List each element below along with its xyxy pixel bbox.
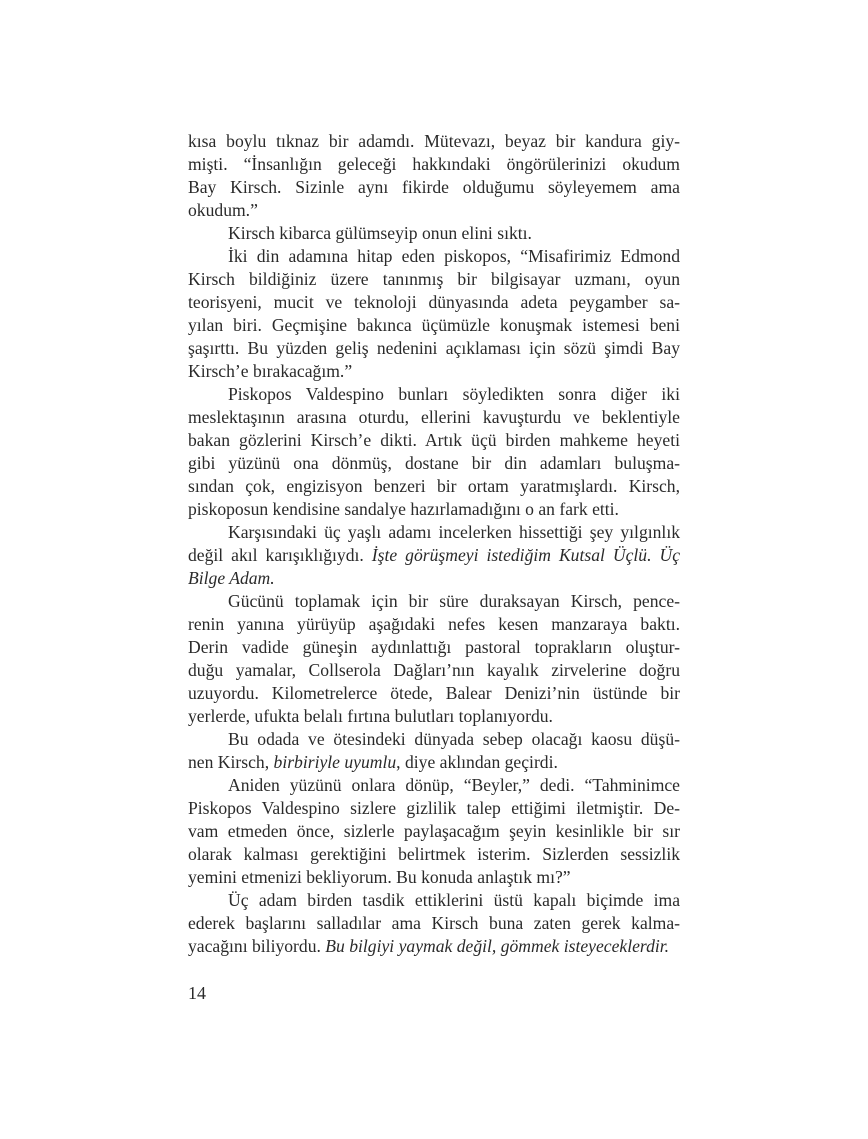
italic-text-run: birbiriyle uyumlu [274,752,397,772]
text-line: İki din adamına hitap eden piskopos, “Mi… [188,245,680,268]
text-line: yemini etmenizi bekliyorum. Bu konuda an… [188,866,680,889]
text-line: ederek başlarını salladılar ama Kirsch b… [188,912,680,935]
italic-text-run: Bilge Adam. [188,568,275,588]
text-run: sından çok, engizisyon benzeri bir ortam… [188,476,680,496]
text-line: teorisyeni, mucit ve teknoloji dünyasınd… [188,291,680,314]
text-line: duğu yamalar, Collserola Dağları’nın kay… [188,659,680,682]
text-line: Üç adam birden tasdik ettiklerini üstü k… [188,889,680,912]
text-line: Kirsch’e bırakacağım.” [188,360,680,383]
text-run: Kirsch’e bırakacağım.” [188,361,352,381]
text-run: mişti. “İnsanlığın geleceği hakkındaki ö… [188,154,680,174]
text-run: Bay Kirsch. Sizinle aynı fikirde olduğum… [188,177,680,197]
text-run: Piskopos Valdespino sizlere gizlilik tal… [188,798,680,818]
text-run: Kirsch kibarca gülümseyip onun elini sık… [228,223,532,243]
text-line: Bilge Adam. [188,567,680,590]
text-run: Piskopos Valdespino bunları söyledikten … [228,384,680,404]
text-run: gibi yüzünü ona dönmüş, dostane bir din … [188,453,680,473]
text-run: kısa boylu tıknaz bir adamdı. Mütevazı, … [188,131,680,151]
text-run: teorisyeni, mucit ve teknoloji dünyasınd… [188,292,680,312]
text-run: Gücünü toplamak için bir süre duraksayan… [228,591,680,611]
text-run: Kirsch bildiğiniz üzere tanınmış bir bil… [188,269,680,289]
text-line: Gücünü toplamak için bir süre duraksayan… [188,590,680,613]
text-run: , diye aklından geçirdi. [396,752,558,772]
text-line: bakan gözlerini Kirsch’e dikti. Artık üç… [188,429,680,452]
page-number: 14 [188,983,206,1004]
text-line: Aniden yüzünü onlara dönüp, “Beyler,” de… [188,774,680,797]
text-line: piskoposun kendisine sandalye hazırlamad… [188,498,680,521]
text-line: yerlerde, ufukta belalı fırtına bulutlar… [188,705,680,728]
text-run: yılan biri. Geçmişine bakınca üçümüzle k… [188,315,680,335]
text-run: şaşırttı. Bu yüzden geliş nedenini açıkl… [188,338,680,358]
text-line: Piskopos Valdespino bunları söyledikten … [188,383,680,406]
text-line: sından çok, engizisyon benzeri bir ortam… [188,475,680,498]
text-line: uzuyordu. Kilometrelerce ötede, Balear D… [188,682,680,705]
text-line: mişti. “İnsanlığın geleceği hakkındaki ö… [188,153,680,176]
text-run: Üç adam birden tasdik ettiklerini üstü k… [228,890,680,910]
text-run: nen Kirsch, [188,752,274,772]
text-run: meslektaşının arasına oturdu, ellerini k… [188,407,680,427]
text-line: Bay Kirsch. Sizinle aynı fikirde olduğum… [188,176,680,199]
text-line: değil akıl karışıklığıydı. İşte görüşmey… [188,544,680,567]
italic-text-run: İşte görüşmeyi istediğim Kutsal Üçlü. Üç [372,545,680,565]
text-run: Bu odada ve ötesindeki dünyada sebep ola… [228,729,680,749]
text-run: piskoposun kendisine sandalye hazırlamad… [188,499,619,519]
text-run: ederek başlarını salladılar ama Kirsch b… [188,913,680,933]
text-run: renin yanına yürüyüp aşağıdaki nefes kes… [188,614,680,634]
text-run: Aniden yüzünü onlara dönüp, “Beyler,” de… [228,775,680,795]
text-line: kısa boylu tıknaz bir adamdı. Mütevazı, … [188,130,680,153]
text-run: Derin vadide güneşin aydınlattığı pastor… [188,637,680,657]
text-line: Karşısındaki üç yaşlı adamı incelerken h… [188,521,680,544]
text-line: Kirsch kibarca gülümseyip onun elini sık… [188,222,680,245]
text-line: Kirsch bildiğiniz üzere tanınmış bir bil… [188,268,680,291]
text-line: renin yanına yürüyüp aşağıdaki nefes kes… [188,613,680,636]
text-line: nen Kirsch, birbiriyle uyumlu, diye aklı… [188,751,680,774]
text-run: okudum.” [188,200,258,220]
text-run: Karşısındaki üç yaşlı adamı incelerken h… [228,522,680,542]
italic-text-run: Bu bilgiyi yaymak değil, gömmek isteyece… [325,936,669,956]
text-line: gibi yüzünü ona dönmüş, dostane bir din … [188,452,680,475]
text-line: yılan biri. Geçmişine bakınca üçümüzle k… [188,314,680,337]
text-line: meslektaşının arasına oturdu, ellerini k… [188,406,680,429]
text-line: Bu odada ve ötesindeki dünyada sebep ola… [188,728,680,751]
text-line: yacağını biliyordu. Bu bilgiyi yaymak de… [188,935,680,958]
text-run: vam etmeden önce, sizlerle paylaşacağım … [188,821,680,841]
book-page-text: kısa boylu tıknaz bir adamdı. Mütevazı, … [188,130,680,958]
text-run: yemini etmenizi bekliyorum. Bu konuda an… [188,867,571,887]
text-line: okudum.” [188,199,680,222]
text-run: bakan gözlerini Kirsch’e dikti. Artık üç… [188,430,680,450]
text-run: değil akıl karışıklığıydı. [188,545,372,565]
text-line: olarak kalması gerektiğini belirtmek ist… [188,843,680,866]
text-run: yacağını biliyordu. [188,936,325,956]
text-line: Piskopos Valdespino sizlere gizlilik tal… [188,797,680,820]
text-run: İki din adamına hitap eden piskopos, “Mi… [228,246,680,266]
text-run: yerlerde, ufukta belalı fırtına bulutlar… [188,706,553,726]
text-line: Derin vadide güneşin aydınlattığı pastor… [188,636,680,659]
text-line: şaşırttı. Bu yüzden geliş nedenini açıkl… [188,337,680,360]
text-run: olarak kalması gerektiğini belirtmek ist… [188,844,680,864]
text-run: duğu yamalar, Collserola Dağları’nın kay… [188,660,680,680]
text-line: vam etmeden önce, sizlerle paylaşacağım … [188,820,680,843]
text-run: uzuyordu. Kilometrelerce ötede, Balear D… [188,683,680,703]
